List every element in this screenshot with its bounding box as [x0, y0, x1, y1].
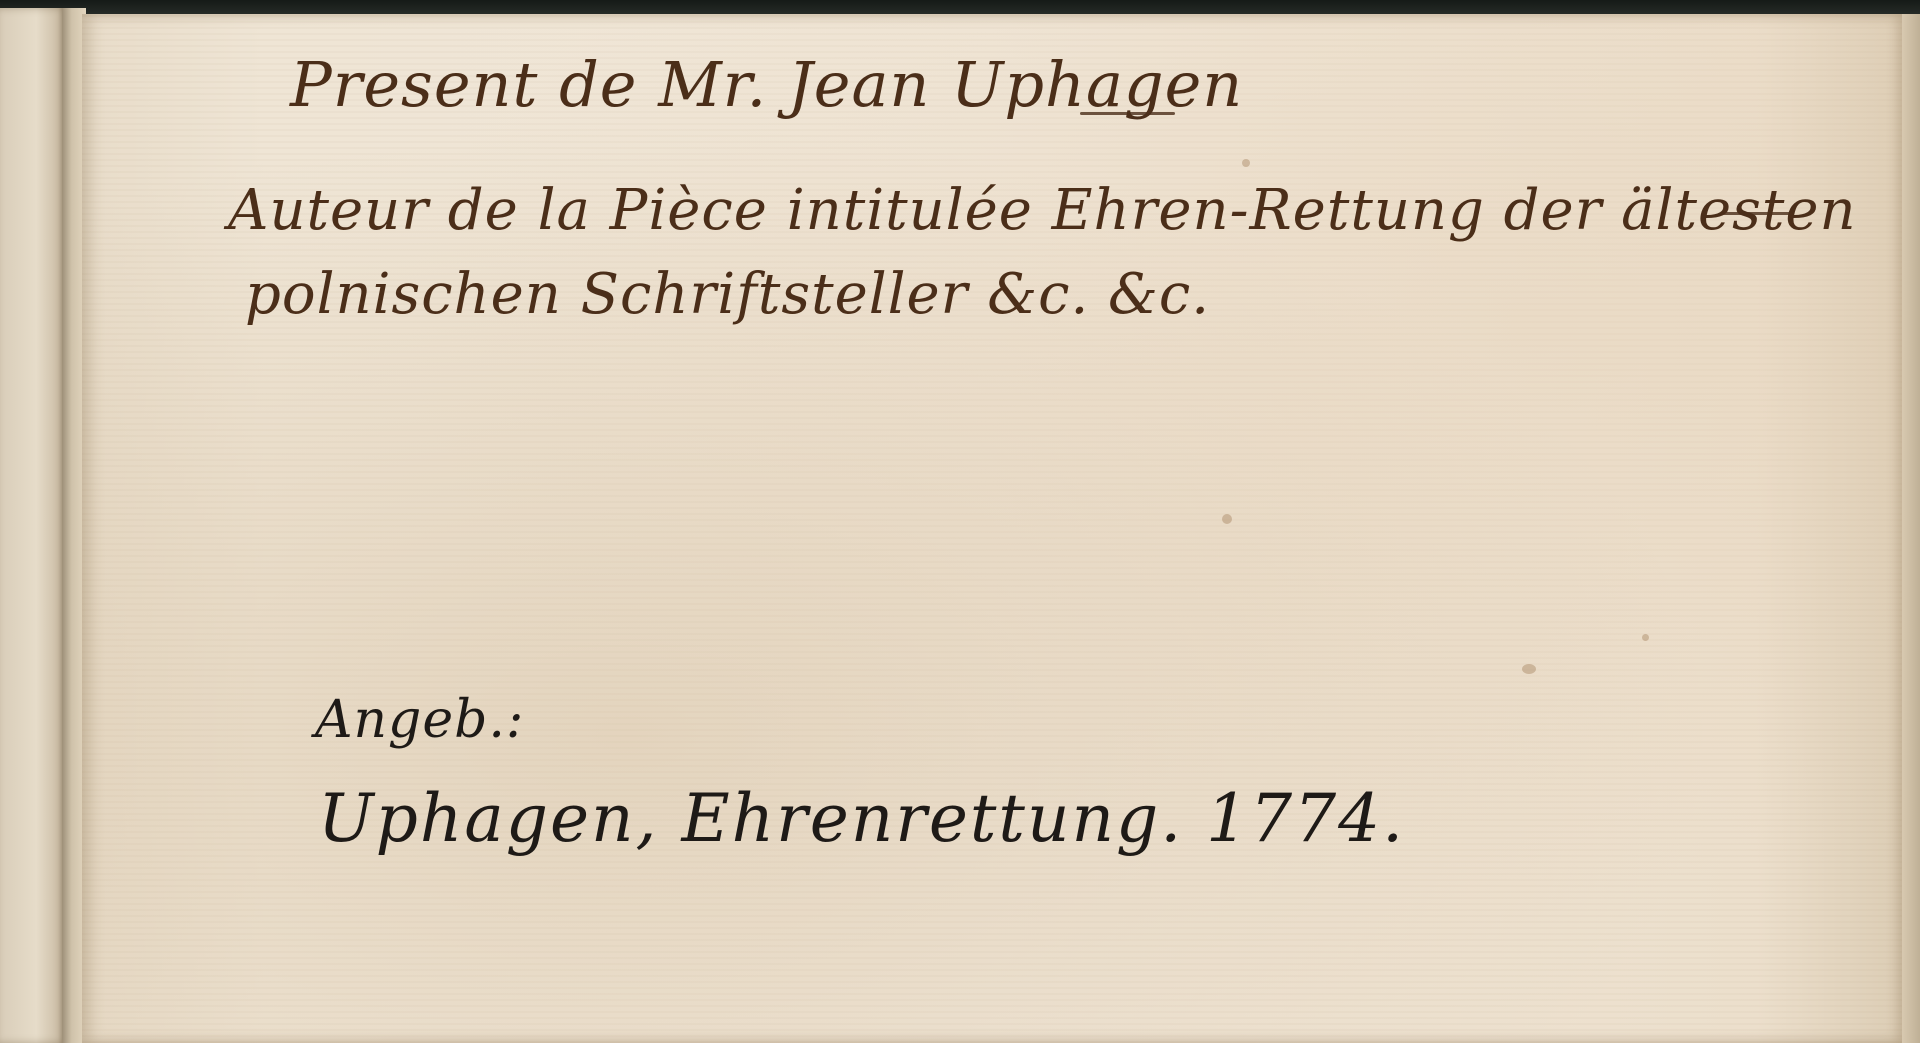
foxing-spot [1522, 664, 1536, 674]
pen-flourish [1720, 212, 1790, 215]
inscription-line-1: Present de Mr. Jean Uphagen [290, 48, 1243, 121]
left-flyleaf [0, 8, 66, 1043]
flyleaf-page [82, 14, 1902, 1043]
foxing-spot [1242, 159, 1250, 167]
page-edge [1902, 14, 1920, 1043]
pen-flourish [1080, 112, 1175, 115]
manuscript-scan: Present de Mr. Jean Uphagen Auteur de la… [0, 0, 1920, 1043]
inscription-line-2: Auteur de la Pièce intitulée Ehren-Rettu… [228, 178, 1857, 243]
inscription-line-3: polnischen Schriftsteller &c. &c. [245, 262, 1210, 327]
library-note-label: Angeb.: [315, 690, 524, 750]
foxing-spot [1642, 634, 1649, 641]
foxing-spot [1222, 514, 1232, 524]
library-note-entry: Uphagen, Ehrenrettung. 1774. [318, 780, 1405, 857]
